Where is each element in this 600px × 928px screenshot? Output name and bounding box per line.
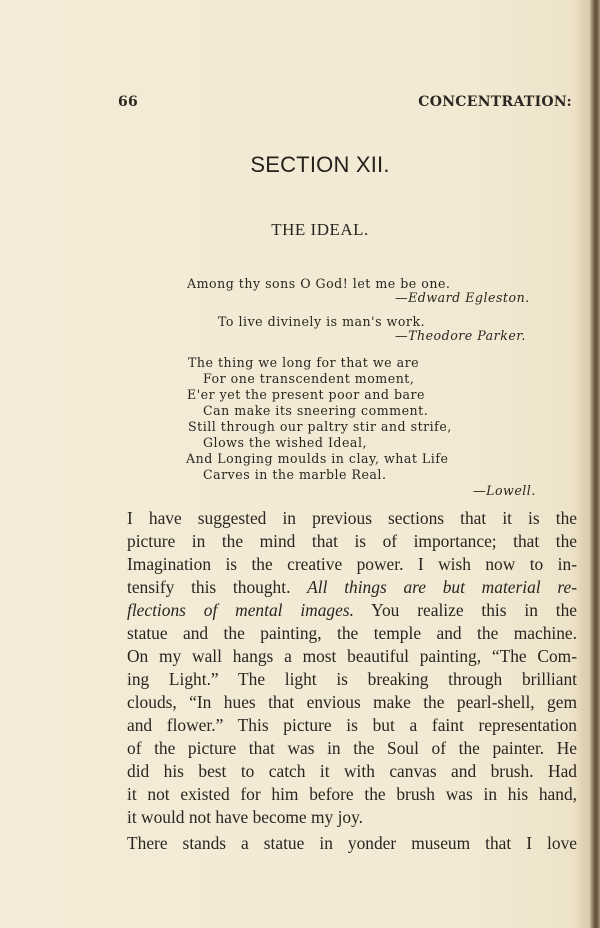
section-subtitle: THE IDEAL. <box>0 220 600 240</box>
body-line: On my wall hangs a most beautiful painti… <box>127 646 577 667</box>
body-line: tensify this thought. All things are but… <box>127 577 577 598</box>
body-text-run: tensify this thought. <box>127 577 307 597</box>
body-line: There stands a statue in yonder museum t… <box>127 833 577 854</box>
body-line: of the picture that was in the Soul of t… <box>127 738 577 759</box>
body-line: and flower.” This picture is but a faint… <box>127 715 577 736</box>
epigraph-line: To live divinely is man's work. <box>218 314 425 329</box>
epigraph-attribution: —Edward Egleston. <box>395 290 530 305</box>
body-line: Imagination is the creative power. I wis… <box>127 554 577 575</box>
body-line: did his best to catch it with canvas and… <box>127 761 577 782</box>
section-title: SECTION XII. <box>0 152 600 178</box>
body-line: picture in the mind that is of importanc… <box>127 531 577 552</box>
epigraph-attribution: —Theodore Parker. <box>395 328 526 343</box>
poem-line: Still through our paltry stir and strife… <box>188 419 452 434</box>
poem-line: Carves in the marble Real. <box>203 467 386 482</box>
body-line: ing Light.” The light is breaking throug… <box>127 669 577 690</box>
epigraph-attribution: —Lowell. <box>473 483 536 498</box>
body-line: it not existed for him before the brush … <box>127 784 577 805</box>
poem-line: Glows the wished Ideal, <box>203 435 367 450</box>
poem-line: For one transcendent moment, <box>203 371 414 386</box>
book-page: 66 CONCENTRATION: SECTION XII. THE IDEAL… <box>0 0 600 928</box>
emphasized-text: flections of mental images. <box>127 600 354 620</box>
poem-line: Can make its sneering comment. <box>203 403 428 418</box>
body-line: statue and the painting, the temple and … <box>127 623 577 644</box>
book-binding-edge <box>590 0 600 928</box>
poem-line: The thing we long for that we are <box>188 355 419 370</box>
body-line: I have suggested in previous sections th… <box>127 508 577 529</box>
body-text-run: You realize this in the <box>371 600 577 620</box>
poem-line: And Longing moulds in clay, what Life <box>186 451 448 466</box>
epigraph-line: Among thy sons O God! let me be one. <box>187 276 450 291</box>
binding-shadow <box>576 0 590 928</box>
emphasized-text: All things are but material re- <box>307 577 577 597</box>
body-line: clouds, “In hues that envious make the p… <box>127 692 577 713</box>
running-title: CONCENTRATION: <box>418 94 572 110</box>
body-line: flections of mental images. You realize … <box>127 600 577 621</box>
poem-line: E'er yet the present poor and bare <box>187 387 425 402</box>
body-line: it would not have become my joy. <box>127 807 577 828</box>
page-number: 66 <box>118 94 138 110</box>
